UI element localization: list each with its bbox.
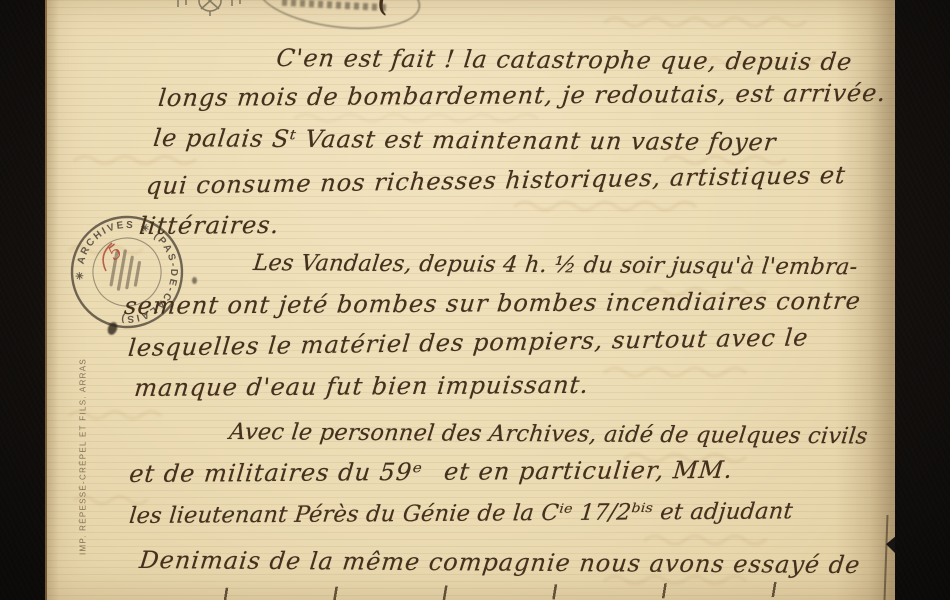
manuscript-line: Les Vandales, depuis 4 h. ½ du soir jusq… [252, 250, 859, 280]
manuscript-line: littéraires. [138, 211, 281, 240]
ink-smudge-small [192, 277, 197, 284]
manuscript-line: longs mois de bombardement, je redoutais… [157, 79, 888, 112]
manuscript-line: C'en est fait ! la catastrophe que, depu… [275, 44, 854, 76]
manuscript-line: et de militaires du 59ᵉ et en particulie… [128, 456, 734, 488]
manuscript-line: Avec le personnel des Archives, aidé de … [228, 419, 869, 449]
manuscript-line: sement ont jeté bombes sur bombes incend… [123, 287, 862, 320]
manuscript-line: Denimais de la même compagnie nous avons… [138, 546, 862, 579]
manuscript-page: ( ✳ ARCHIVES ✳ (PAS-DE-CALAIS) 5 Imp. Ré… [45, 0, 895, 600]
printer-credit: Imp. Répessé-Crépel et Fils. Arras [79, 357, 88, 557]
letterhead-crest-icon [172, 0, 258, 16]
handwriting-fragment: ( [377, 0, 391, 19]
manuscript-line: manque d'eau fut bien impuissant. [133, 371, 590, 402]
manuscript-line: le palais Sᵗ Vaast est maintenant un vas… [152, 124, 778, 156]
manuscript-line: les lieutenant Pérès du Génie de la Cⁱᵉ … [128, 498, 794, 529]
